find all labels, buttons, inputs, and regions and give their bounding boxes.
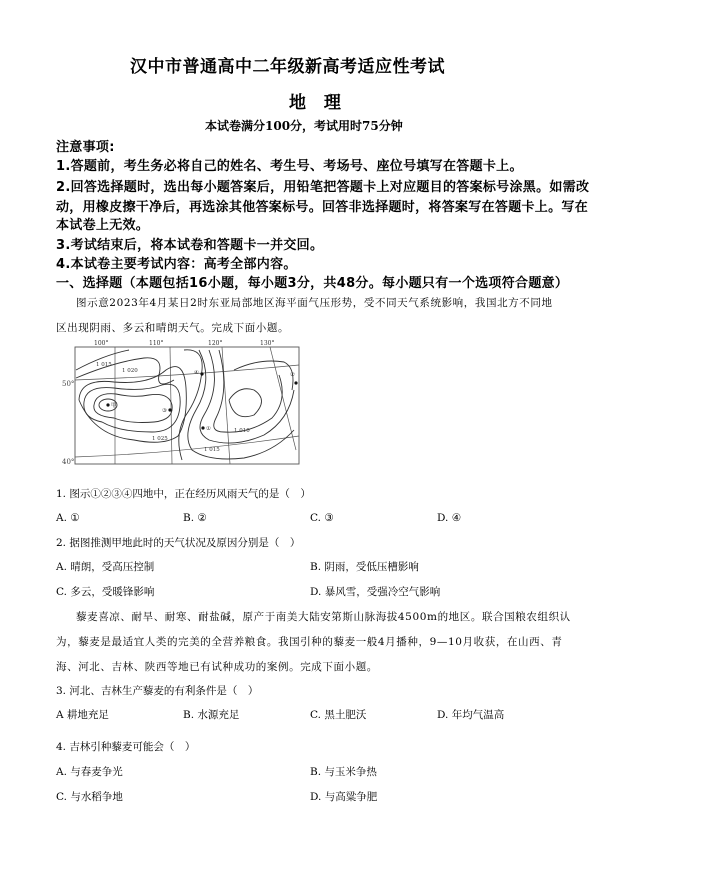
question-2-stem: 2. 据图推测甲地此时的天气状况及原因分别是（ ） — [56, 535, 300, 550]
point-1: ① — [206, 425, 211, 432]
point-3: ③ — [162, 407, 167, 414]
question-2-option-c[interactable]: C. 多云，受暖锋影响 — [56, 584, 154, 599]
lon-label-110: 110° — [149, 340, 163, 347]
notice-item-2-cont: 动，用橡皮擦干净后，再选涂其他答案标号。回答非选择题时，将答案写在答题卡上。写在 — [56, 196, 588, 215]
question-4-option-b[interactable]: B. 与玉米争热 — [310, 764, 377, 779]
lon-label-130: 130° — [260, 340, 274, 347]
notice-item-1: 1.答题前，考生务必将自己的姓名、考生号、考场号、座位号填写在答题卡上。 — [56, 155, 523, 174]
lon-label-100: 100° — [94, 340, 108, 347]
passage-1-line-2: 区出现阴雨、多云和晴朗天气。完成下面小题。 — [56, 320, 289, 335]
question-1-option-d[interactable]: D. ④ — [437, 512, 461, 524]
subject-title: 地 理 — [289, 88, 347, 113]
question-3-stem: 3. 河北、吉林生产藜麦的有利条件是（ ） — [56, 683, 258, 698]
point-2: ② — [290, 371, 295, 378]
notice-item-4: 4.本试卷主要考试内容：高考全部内容。 — [56, 253, 297, 272]
isobar-label-1015-b: 1 015 — [204, 447, 220, 453]
notice-heading: 注意事项: — [56, 136, 115, 155]
notice-item-2: 2.回答选择题时，选出每小题答案后，用铅笔把答题卡上对应题目的答案标号涂黑。如需… — [56, 176, 589, 195]
isobar-label-1010: 1 010 — [234, 428, 250, 434]
isobar-label-1015-a: 1 015 — [96, 362, 112, 368]
question-2-option-a[interactable]: A. 晴朗，受高压控制 — [56, 559, 154, 574]
question-3-option-c[interactable]: C. 黑土肥沃 — [310, 707, 366, 722]
notice-item-3: 3.考试结束后，将本试卷和答题卡一并交回。 — [56, 234, 323, 253]
passage-1-line-1: 图示意2023年4月某日2时东亚局部地区海平面气压形势，受不同天气系统影响，我国… — [76, 295, 553, 310]
lat-label-40: 40° — [62, 458, 74, 466]
isobar-label-1020-a: 1 020 — [122, 368, 138, 374]
passage-2-line-3: 海、河北、吉林、陕西等地已有试种成功的案例。完成下面小题。 — [56, 659, 378, 674]
question-4-option-c[interactable]: C. 与水稻争地 — [56, 789, 123, 804]
exam-info: 本试卷满分100分，考试用时75分钟 — [205, 117, 403, 134]
exam-title: 汉中市普通高中二年级新高考适应性考试 — [130, 52, 445, 77]
question-4-option-a[interactable]: A. 与春麦争光 — [56, 764, 123, 779]
isobar-map: 100° 110° 120° 130° 1 015 1 020 1 025 1 … — [74, 340, 300, 466]
question-1-option-c[interactable]: C. ③ — [310, 512, 334, 524]
notice-item-2-end: 本试卷上无效。 — [56, 214, 149, 233]
question-1-stem: 1. 图示①②③④四地中，正在经历风雨天气的是（ ） — [56, 486, 311, 501]
question-3-option-d[interactable]: D. 年均气温高 — [437, 707, 504, 722]
point-jia: 甲 — [111, 401, 117, 409]
question-1-option-b[interactable]: B. ② — [183, 512, 207, 524]
passage-2-line-2: 为，藜麦是最适宜人类的完美的全营养粮食。我国引种的藜麦一般4月播种，9—10月收… — [56, 634, 562, 649]
section-heading: 一、选择题（本题包括16小题，每小题3分，共48分。每小题只有一个选项符合题意） — [56, 272, 568, 291]
point-4: ④ — [194, 369, 199, 376]
lat-label-50: 50° — [62, 380, 74, 388]
question-3-option-a[interactable]: A 耕地充足 — [56, 707, 109, 722]
question-2-option-d[interactable]: D. 暴风雪，受强冷空气影响 — [310, 584, 440, 599]
question-1-option-a[interactable]: A. ① — [56, 512, 80, 524]
isobar-label-1025: 1 025 — [152, 436, 168, 442]
question-3-option-b[interactable]: B. 水源充足 — [183, 707, 239, 722]
question-4-option-d[interactable]: D. 与高粱争肥 — [310, 789, 377, 804]
question-4-stem: 4. 吉林引种藜麦可能会（ ） — [56, 739, 195, 754]
lon-label-120: 120° — [208, 340, 222, 347]
passage-2-line-1: 藜麦喜凉、耐旱、耐寒、耐盐碱，原产于南美大陆安第斯山脉海拔4500m的地区。联合… — [76, 609, 571, 624]
question-2-option-b[interactable]: B. 阴雨，受低压槽影响 — [310, 559, 419, 574]
